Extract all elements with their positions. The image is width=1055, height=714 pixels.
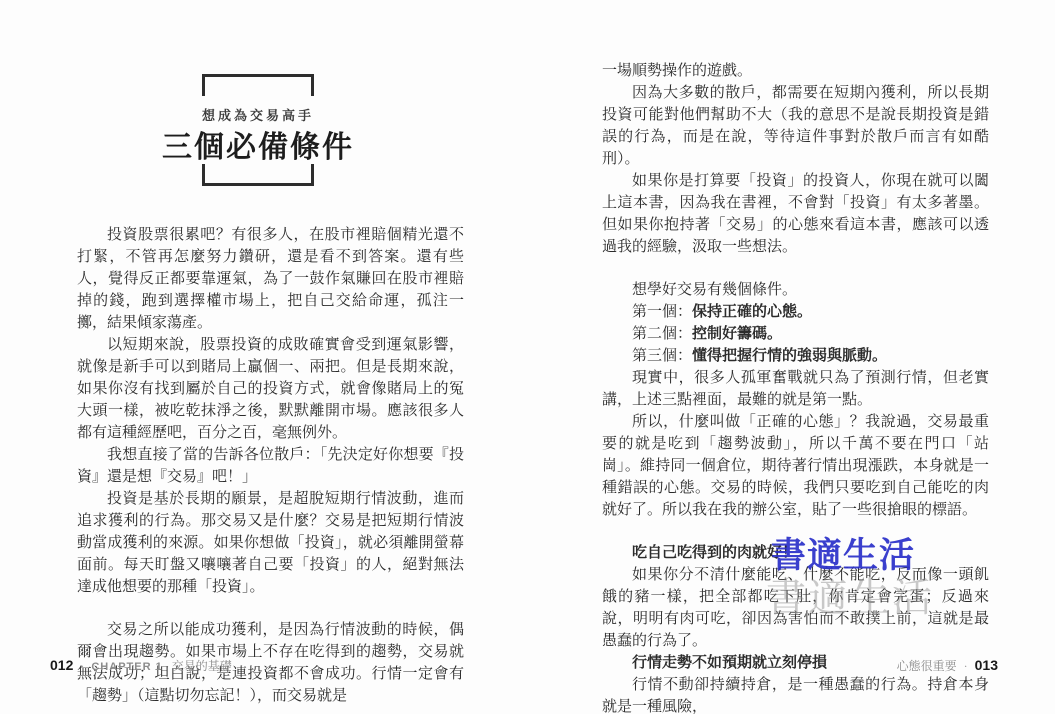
body-text: 投資是基於長期的願景，是超脫短期行情波動，進而追求獲利的行為。那交易又是什麼？交… <box>77 491 464 595</box>
paragraph: 以短期來說，股票投資的成敗確實會受到運氣影響，就像是新手可以到賭局上贏個一、兩把… <box>77 334 464 444</box>
body-text: 第二個： <box>632 326 692 342</box>
footer-dot: · <box>960 659 972 673</box>
body-text: 以短期來說，股票投資的成敗確實會受到運氣影響，就像是新手可以到賭局上贏個一、兩把… <box>77 337 464 441</box>
body-text: 我想直接了當的告訴各位散戶：「先決定好你想要『投資』還是想『交易』吧！」 <box>77 447 464 485</box>
body-text: 如果你分不清什麼能吃、什麼不能吃，反而像一頭飢餓的豬一樣，把全部都吃下肚，你肯定… <box>602 567 989 649</box>
emphasis-text: 控制好籌碼。 <box>692 325 782 342</box>
paragraph: 如果你是打算要「投資」的投資人，你現在就可以闔上這本書，因為我在書裡，不會對「投… <box>602 170 989 258</box>
right-section-label: 心態很重要 <box>897 659 957 673</box>
body-text: 所以，什麼叫做「正確的心態」？我說過，交易最重要的就是吃到「趨勢波動」，所以千萬… <box>602 414 989 518</box>
left-page-number: 012 <box>50 657 73 673</box>
paragraph: 所以，什麼叫做「正確的心態」？我說過，交易最重要的就是吃到「趨勢波動」，所以千萬… <box>602 411 989 521</box>
paragraph: 第一個：保持正確的心態。 <box>602 301 989 323</box>
paragraph: 我想直接了當的告訴各位散戶：「先決定好你想要『投資』還是想『交易』吧！」 <box>77 444 464 488</box>
emphasis-text: 行情走勢不如預期就立刻停損 <box>632 654 827 671</box>
right-page-number: 013 <box>975 657 998 673</box>
paragraph: 第三個：懂得把握行情的強弱與脈動。 <box>602 345 989 367</box>
paragraph: 如果你分不清什麼能吃、什麼不能吃，反而像一頭飢餓的豬一樣，把全部都吃下肚，你肯定… <box>602 564 989 652</box>
body-text: 現實中，很多人孤軍奮戰就只為了預測行情，但老實講，上述三點裡面，最難的就是第一點… <box>602 370 989 408</box>
chapter-title-block: 想成為交易高手 三個必備條件 <box>66 74 450 186</box>
bracket-bottom-decoration <box>202 164 314 186</box>
body-text: 第一個： <box>632 304 692 320</box>
body-text: 想學好交易有幾個條件。 <box>632 282 797 298</box>
body-text: 因為大多數的散戶，都需要在短期內獲利，所以長期投資可能對他們幫助不大（我的意思不… <box>602 85 989 167</box>
book-spread: 想成為交易高手 三個必備條件 投資股票很累吧？有很多人，在股市裡賠個精光還不打緊… <box>0 0 1055 714</box>
chapter-title: 三個必備條件 <box>66 122 450 166</box>
paragraph: 因為大多數的散戶，都需要在短期內獲利，所以長期投資可能對他們幫助不大（我的意思不… <box>602 82 989 170</box>
body-text: 一場順勢操作的遊戲。 <box>602 63 752 79</box>
body-text: 第三個： <box>632 348 692 364</box>
paragraph: 投資股票很累吧？有很多人，在股市裡賠個精光還不打緊，不管再怎麼努力鑽研，還是看不… <box>77 224 464 334</box>
bracket-top-decoration <box>202 74 314 96</box>
right-page-body: 一場順勢操作的遊戲。因為大多數的散戶，都需要在短期內獲利，所以長期投資可能對他們… <box>602 60 989 714</box>
left-footer: 012 · CHAPTER 1 交易的基礎 <box>50 657 232 674</box>
paragraph: 現實中，很多人孤軍奮戰就只為了預測行情，但老實講，上述三點裡面，最難的就是第一點… <box>602 367 989 411</box>
left-section-label: 交易的基礎 <box>172 659 232 673</box>
paragraph: 吃自己吃得到的肉就好！ <box>602 542 989 564</box>
paragraph: 投資是基於長期的願景，是超脫短期行情波動，進而追求獲利的行為。那交易又是什麼？交… <box>77 488 464 598</box>
chapter-label: CHAPTER 1 <box>91 661 168 673</box>
footer-dot: · <box>76 659 88 673</box>
emphasis-text: 保持正確的心態。 <box>692 303 812 320</box>
body-text: 投資股票很累吧？有很多人，在股市裡賠個精光還不打緊，不管再怎麼努力鑽研，還是看不… <box>77 227 464 331</box>
paragraph: 想學好交易有幾個條件。 <box>602 279 989 301</box>
emphasis-text: 懂得把握行情的強弱與脈動。 <box>692 347 887 364</box>
body-text: 如果你是打算要「投資」的投資人，你現在就可以闔上這本書，因為我在書裡，不會對「投… <box>602 173 989 255</box>
paragraph: 行情不動卻持續持倉，是一種愚蠢的行為。持倉本身就是一種風險， <box>602 674 989 714</box>
emphasis-text: 吃自己吃得到的肉就好！ <box>632 544 797 561</box>
paragraph: 一場順勢操作的遊戲。 <box>602 60 989 82</box>
paragraph: 第二個：控制好籌碼。 <box>602 323 989 345</box>
body-text: 行情不動卻持續持倉，是一種愚蠢的行為。持倉本身就是一種風險， <box>602 677 989 714</box>
left-page-body: 投資股票很累吧？有很多人，在股市裡賠個精光還不打緊，不管再怎麼努力鑽研，還是看不… <box>77 224 464 707</box>
right-footer: 心態很重要 · 013 <box>897 657 998 674</box>
